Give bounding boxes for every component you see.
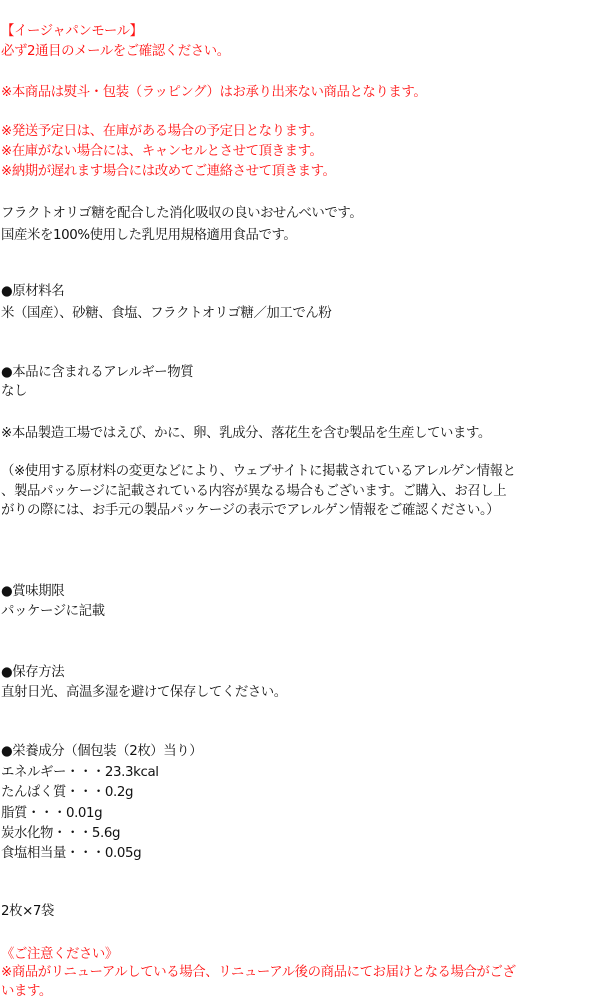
allergens-factory-note: ※本品製造工場ではえび、かに、卵、乳成分、落花生を含む製品を生産しています。: [1, 424, 491, 444]
description-line: フラクトオリゴ糖を配合した消化吸収の良いおせんべいです。: [1, 204, 362, 224]
caution-line: ※商品がリニューアルしている場合、リニューアル後の商品にてお届けとなる場合がござ: [1, 963, 516, 983]
package-contents: 2枚×7袋: [1, 902, 54, 922]
best-before-heading: ●賞味期限: [1, 582, 64, 602]
allergens-value: なし: [1, 382, 27, 402]
mail-notice: 必ず2通目のメールをご確認ください。: [1, 42, 230, 62]
nutrition-item: エネルギー・・・23.3kcal: [1, 763, 159, 783]
caution-line: います。: [1, 982, 52, 1000]
shop-name: 【イージャパンモール】: [1, 22, 143, 42]
wrapping-notice: ※本商品は熨斗・包装（ラッピング）はお承り出来ない商品となります。: [1, 83, 426, 103]
caution-heading: 《ご注意ください》: [1, 945, 118, 965]
shipping-note: ※在庫がない場合には、キャンセルとさせて頂きます。: [1, 142, 323, 162]
nutrition-item: 炭水化物・・・5.6g: [1, 824, 120, 844]
allergens-disclaimer: （※使用する原材料の変更などにより、ウェブサイトに掲載されているアレルゲン情報と: [1, 462, 516, 482]
ingredients-value: 米（国産）、砂糖、食塩、フラクトオリゴ糖／加工でん粉: [1, 304, 331, 324]
shipping-note: ※発送予定日は、在庫がある場合の予定日となります。: [1, 122, 323, 142]
allergens-heading: ●本品に含まれるアレルギー物質: [1, 363, 193, 383]
allergens-disclaimer: がりの際には、お手元の製品パッケージの表示でアレルゲン情報をご確認ください。）: [1, 501, 499, 521]
best-before-value: パッケージに記載: [1, 602, 105, 622]
description-line: 国産米を100%使用した乳児用規格適用食品です。: [1, 226, 296, 246]
nutrition-item: 食塩相当量・・・0.05g: [1, 844, 141, 864]
nutrition-item: 脂質・・・0.01g: [1, 804, 102, 824]
nutrition-heading: ●栄養成分（個包装（2枚）当り）: [1, 742, 202, 762]
shipping-note: ※納期が遅れます場合には改めてご連絡させて頂きます。: [1, 162, 336, 182]
storage-heading: ●保存方法: [1, 663, 64, 683]
ingredients-heading: ●原材料名: [1, 282, 64, 302]
allergens-disclaimer: 、製品パッケージに記載されている内容が異なる場合もございます。ご購入、お召し上: [1, 482, 506, 502]
nutrition-item: たんぱく質・・・0.2g: [1, 783, 133, 803]
storage-value: 直射日光、高温多湿を避けて保存してください。: [1, 683, 287, 703]
